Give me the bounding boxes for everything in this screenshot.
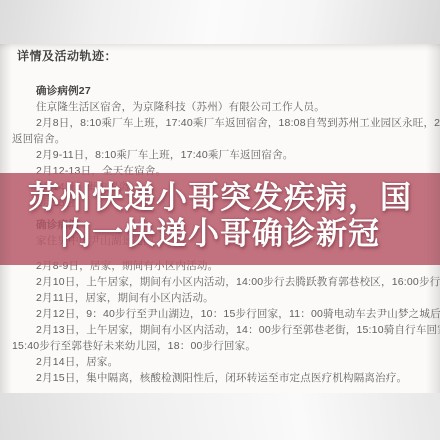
document-line: 确诊病例27 (12, 83, 440, 99)
document-line: 返回宿舍。 (12, 131, 440, 147)
bottom-letterbox-band (0, 393, 440, 440)
document-line: 2月9-11日，8:10乘厂车上班，17:40乘厂车返回宿舍。 (12, 147, 440, 163)
document-heading: 详情及活动轨迹： (17, 48, 440, 64)
document-line: 2月8日，8:10乘厂车上班，17:40乘厂车返回宿舍，18:08自驾到苏州工业… (12, 115, 440, 131)
document-line: 2月13日，上午居家，期间有小区内活动，14：00步行至郭巷老街，15:10骑自… (12, 322, 440, 338)
document-line: 2月12日，9：40步行至尹山湖边，10：15步行回家，11：00骑电动车去尹山… (12, 306, 440, 322)
document-line: 2月10日，上午居家，期间有小区内活动，14:00步行去腾跃教育郭巷校区，16:… (12, 274, 440, 290)
document-line: 2月15日，集中隔离，核酸检测阳性后，闭环转运至市定点医疗机构隔离治疗。 (12, 370, 440, 386)
headline-line-2: 内一快递小哥确诊新冠 (0, 216, 440, 252)
news-photo: 详情及活动轨迹： 确诊病例27住京隆生活区宿舍，为京隆科技（苏州）有限公司工作人… (0, 0, 440, 440)
document-line: 2月14日，居家。 (12, 354, 440, 370)
headline-overlay-band: 苏州快递小哥突发疾病，国 内一快递小哥确诊新冠 (0, 173, 440, 265)
document-line: 2月11日，居家，期间有小区内活动。 (12, 290, 440, 306)
document-line: 住京隆生活区宿舍，为京隆科技（苏州）有限公司工作人员。 (12, 99, 440, 115)
headline-line-1: 苏州快递小哥突发疾病，国 (0, 180, 440, 216)
top-letterbox-band (0, 0, 440, 44)
headline-title: 苏州快递小哥突发疾病，国 内一快递小哥确诊新冠 (0, 180, 440, 252)
document-line: 15:40步行至郭巷好未来幼儿园，18：00步行回家。 (12, 338, 440, 354)
